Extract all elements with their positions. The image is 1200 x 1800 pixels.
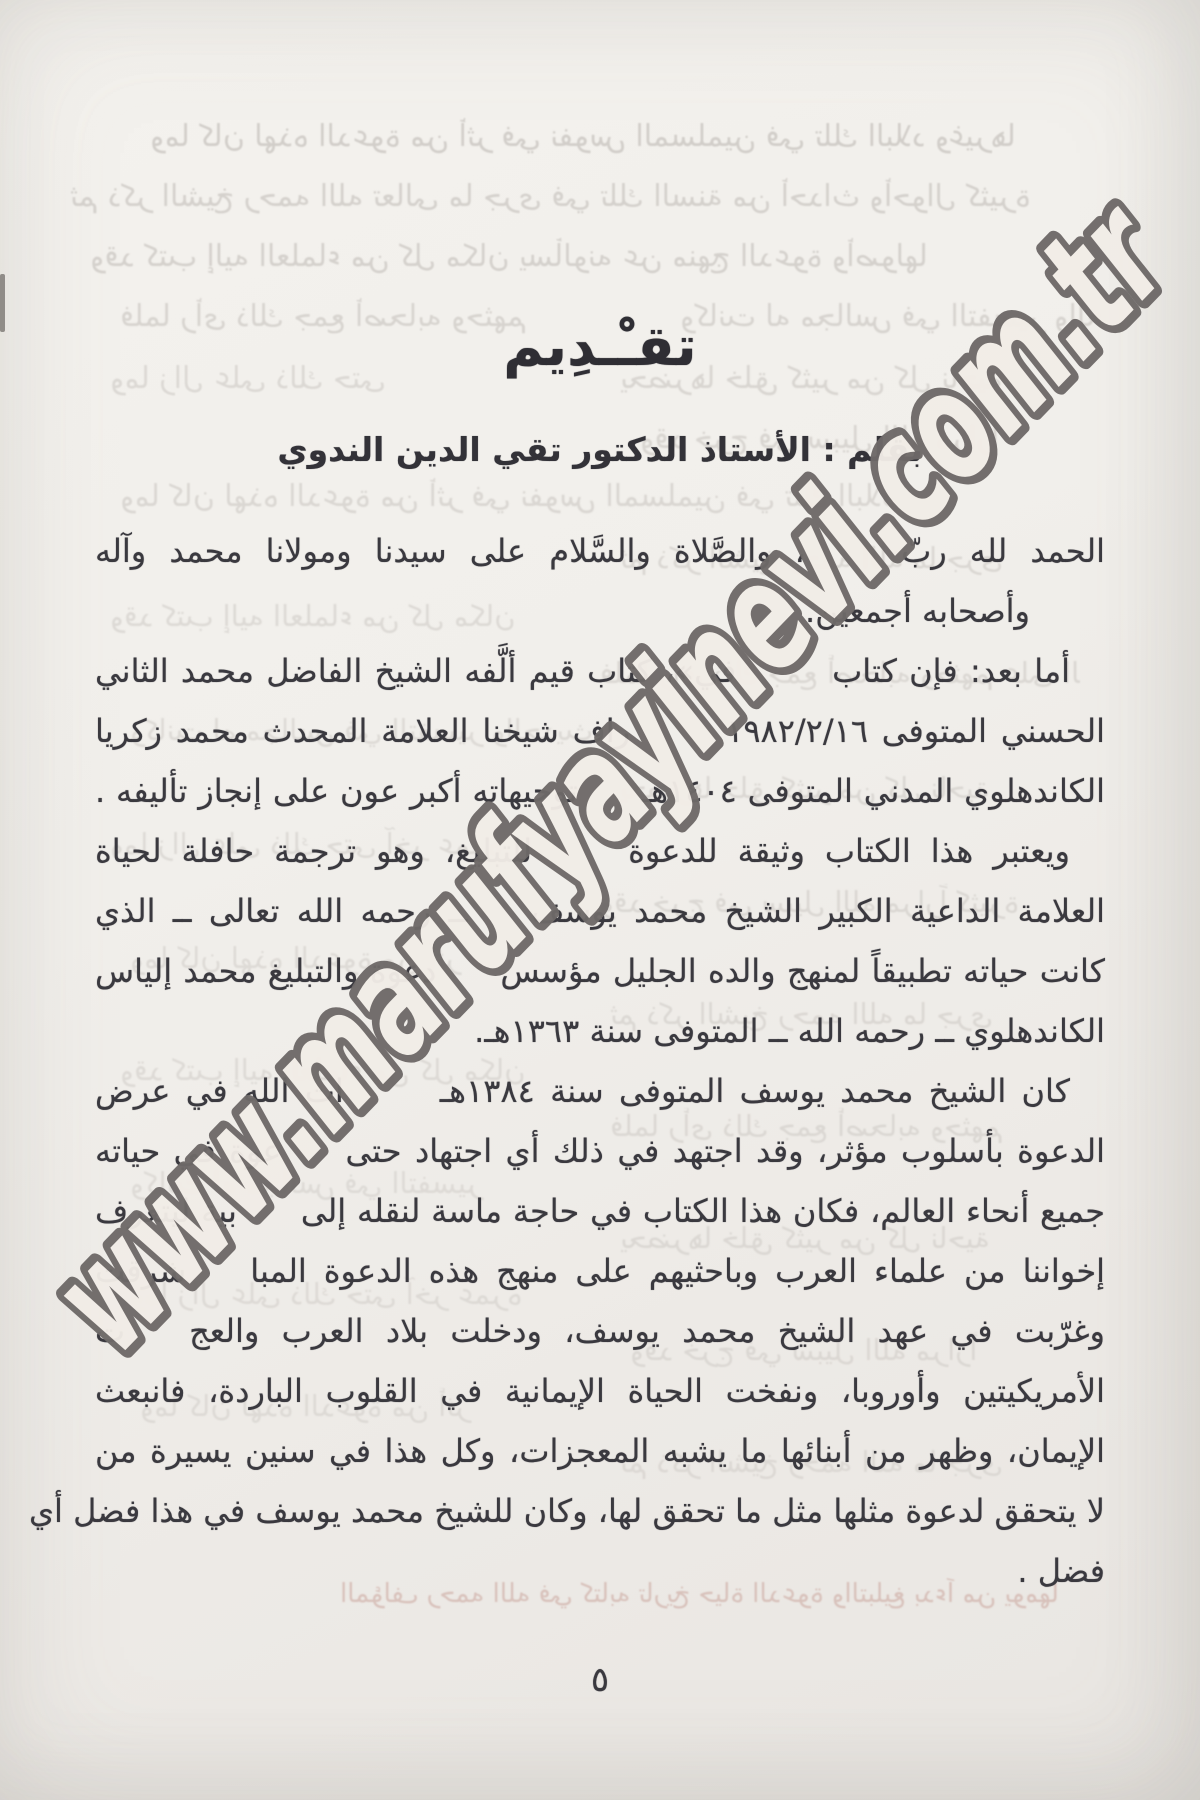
body-line: الحسني المتوفى ١٩٨٢/٢/١٦ راف شيخنا العلا…	[95, 702, 1105, 762]
section-title: تقـْـدِيم	[0, 314, 1200, 378]
body-line: فضل .	[95, 1542, 1105, 1602]
byline: بقلم : الأستاذ الدكتور تقي الدين الندوي	[0, 430, 1200, 469]
body-line: الكاندهلوي المدني المتوفى ١٤٠٤هـ توجيهات…	[95, 762, 1105, 822]
body-line: إخواننا من علماء العرب وباحثيهم على منهج…	[95, 1242, 1105, 1302]
body-line: الأمريكيتين وأوروبا، ونفخت الحياة الإيما…	[95, 1362, 1105, 1422]
body-line: وأصحابه أجمعين.	[95, 582, 1105, 642]
body-line: الكاندهلوي ــ رحمه الله ــ المتوفى سنة ١…	[95, 1002, 1105, 1062]
body-line: الدعوة بأسلوب مؤثر، وقد اجتهد في ذلك أي …	[95, 1122, 1105, 1182]
body-line: أما بعد: فإن كتاب في»، كتاب قيم ألَّفه ا…	[95, 642, 1105, 702]
body-text: الحمد لله ربّ ، والصَّلاة والسَّلام على …	[95, 522, 1105, 1602]
page-number: ٥	[0, 1660, 1200, 1700]
body-line: كان الشيخ محمد يوسف المتوفى سنة ١٣٨٤هـ ا…	[95, 1062, 1105, 1122]
body-line: الحمد لله ربّ ، والصَّلاة والسَّلام على …	[95, 522, 1105, 582]
body-line: وغرّبت في عهد الشيخ محمد يوسف، ودخلت بلا…	[95, 1302, 1105, 1362]
body-line: لا يتحقق لدعوة مثلها مثل ما تحقق لها، وك…	[95, 1482, 1105, 1542]
body-line: كانت حياته تطبيقاً لمنهج والده الجليل مؤ…	[95, 942, 1105, 1002]
scan-artifact-left-edge	[0, 274, 5, 332]
body-line: الإيمان، وظهر من أبنائها ما يشبه المعجزا…	[95, 1422, 1105, 1482]
print-layer: تقـْـدِيم بقلم : الأستاذ الدكتور تقي الد…	[0, 0, 1200, 1800]
body-line: ويعتبر هذا الكتاب وثيقة للدعوة للتبليغ، …	[95, 822, 1105, 882]
body-line: العلامة الداعية الكبير الشيخ محمد يوسف ـ…	[95, 882, 1105, 942]
body-line: جميع أنحاء العالم، فكان هذا الكتاب في حا…	[95, 1182, 1105, 1242]
scanned-page: وما كان لهذه الدعوة من أثر في نفوس المسل…	[0, 0, 1200, 1800]
